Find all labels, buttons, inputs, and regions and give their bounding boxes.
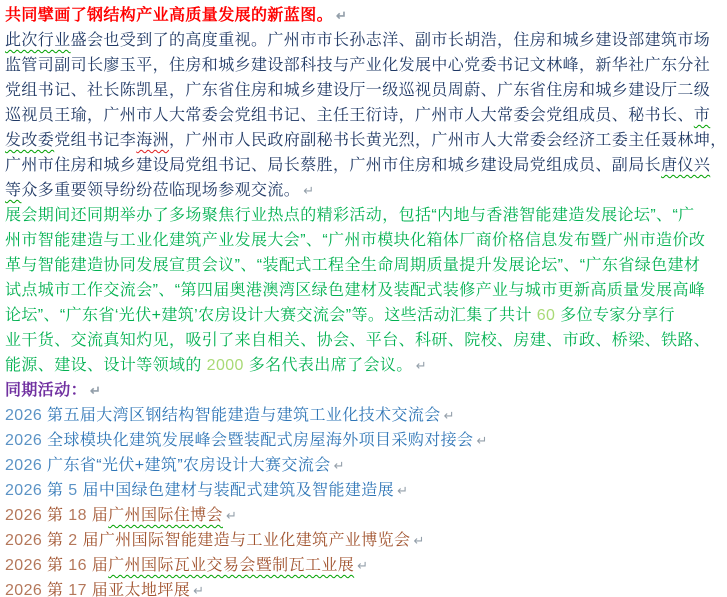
paragraph-activities-green: 展会期间还同期举办了多场聚焦行业热点的精彩活动，包括“内地与香港智能建造发展论坛… bbox=[5, 203, 723, 378]
text-line: 此次行业盛会也受到了的高度重视。广州市市长孙志洋、副市长胡浩，住房和城乡建设部建… bbox=[5, 28, 723, 53]
paragraph-mark-icon: ↵ bbox=[300, 183, 314, 198]
text-segment: 多位专家分享行 bbox=[555, 307, 675, 324]
number-segment: 16 bbox=[68, 557, 87, 574]
number-segment: 2026 bbox=[5, 457, 42, 474]
number-segment: 2026 bbox=[5, 407, 42, 424]
text-segment: 众多重要领导纷纷莅临现场参观交流。 bbox=[21, 182, 300, 199]
event-item-5: 2026 第 18 届广州国际住博会↵ bbox=[5, 503, 723, 528]
text-segment: 届亚太地坪展 bbox=[87, 582, 190, 597]
text-segment: 党组书记李 bbox=[54, 132, 136, 149]
number-segment: 2026 bbox=[5, 532, 42, 549]
text-line: 州市智能建造与工业化建筑产业发展大会”、“广州市模块化箱体厂商价格信息发布暨广州… bbox=[5, 228, 723, 253]
number-segment: 5 bbox=[68, 482, 77, 499]
paragraph-mark-icon: ↵ bbox=[354, 558, 368, 573]
event-item-7: 2026 第 16 届广州国际瓦业交易会暨制瓦工业展↵ bbox=[5, 553, 723, 578]
paragraph-mark-icon: ↵ bbox=[331, 458, 345, 473]
text-segment: 第五届大湾区钢结构智能建造与建筑工业化技术交流会 bbox=[42, 407, 440, 424]
text-segment: 届 bbox=[87, 557, 108, 574]
text-line: 监管司副司长廖玉平，住房和城乡建设部科技与产业化发展中心党委书记文林峰，新华社广… bbox=[5, 53, 723, 78]
text-line: 展会期间还同期举办了多场聚焦行业热点的精彩活动，包括“内地与香港智能建造发展论坛… bbox=[5, 203, 723, 228]
text-segment: 第 bbox=[42, 507, 68, 524]
text-line: 巡视员王瑜，广州市人大常委会党组书记、主任王衍诗，广州市人大常委会党组成员、秘书… bbox=[5, 103, 723, 128]
paragraph-mark-icon: ↵ bbox=[190, 583, 204, 597]
paragraph-mark-icon: ↵ bbox=[223, 508, 237, 523]
number-segment: 2000 bbox=[207, 357, 244, 374]
event-item-3: 2026 广东省“光伏+建筑”农房设计大赛交流会↵ bbox=[5, 453, 723, 478]
number-segment: 2026 bbox=[5, 557, 42, 574]
event-item-8: 2026 第 17 届亚太地坪展↵ bbox=[5, 578, 723, 597]
text-line: 党组书记、社长陈凯星，广东省住房和城乡建设厅一级巡视员周蔚、广东省住房和城乡建设… bbox=[5, 78, 723, 103]
document-body: 共同擘画了钢结构产业高质量发展的新蓝图。↵此次行业盛会也受到了的高度重视。广州市… bbox=[0, 0, 727, 597]
event-item-1: 2026 第五届大湾区钢结构智能建造与建筑工业化技术交流会↵ bbox=[5, 403, 723, 428]
paragraph-mark-icon: ↵ bbox=[473, 433, 487, 448]
text-segment: 全球模块化建筑发展峰会暨装配式房屋海外项目采购对接会 bbox=[42, 432, 473, 449]
text-segment: 盛会也受到了的高度重视。广州市市长孙志洋、副市长胡浩，住房和城乡建设部建筑市场 bbox=[71, 32, 711, 49]
text-line: 发改委党组书记李海洲，广州市人民政府副秘书长黄光烈，广州市人大常委会经济工委主任… bbox=[5, 128, 723, 153]
paragraph-mark-icon: ↵ bbox=[394, 483, 408, 498]
text-segment: 巡视员王瑜，广州市人大常委会党组书记、主任王衍诗，广州市人大常委会党组成员、秘书… bbox=[5, 107, 694, 124]
text-segment: 论坛”、“广东省‘光伏+建筑’农房设计大赛交流会”等。这些活动汇集了共计 bbox=[5, 307, 537, 324]
text-segment: 展会期间还同期举办了多场聚焦行业热点的精彩活动，包括“内地与香港智能建造发展论坛… bbox=[5, 207, 695, 224]
text-line: 2026 第 17 届亚太地坪展↵ bbox=[5, 578, 723, 597]
text-line: 论坛”、“广东省‘光伏+建筑’农房设计大赛交流会”等。这些活动汇集了共计 60 … bbox=[5, 303, 723, 328]
paragraph-leaders-navy: 此次行业盛会也受到了的高度重视。广州市市长孙志洋、副市长胡浩，住房和城乡建设部建… bbox=[5, 28, 723, 203]
text-line: 2026 广东省“光伏+建筑”农房设计大赛交流会↵ bbox=[5, 453, 723, 478]
text-line: 2026 第 18 届广州国际住博会↵ bbox=[5, 503, 723, 528]
text-segment: 党组书记、社长陈凯星，广东省住房和城乡建设厅一级巡视员周蔚、广东省住房和城乡建设… bbox=[5, 82, 710, 99]
number-segment: 2026 bbox=[5, 582, 42, 597]
text-segment: 革与智能建造协同发展宣贯会议”、“装配式工程全生命周期质量提升发展论坛”、“广东… bbox=[5, 257, 700, 274]
text-segment: 多名代表出席了会议。 bbox=[244, 357, 413, 374]
spellcheck-squiggle-segment: 唐仪兴 bbox=[661, 157, 710, 174]
number-segment: 60 bbox=[537, 307, 556, 324]
paragraph-mark-icon: ↵ bbox=[441, 408, 455, 423]
text-segment: ，广州市人民政府副秘书长黄光烈，广州市人大常委会经济工委主任聂林坤， bbox=[169, 132, 727, 149]
text-segment: 届广州国际智能建造与工业化建筑产业博览会 bbox=[78, 532, 411, 549]
text-segment: 第 bbox=[42, 532, 68, 549]
text-line: 2026 第 5 届中国绿色建材与装配式建筑及智能建造展↵ bbox=[5, 478, 723, 503]
text-segment: 第 bbox=[42, 482, 68, 499]
paragraph-mark-icon: ↵ bbox=[413, 358, 427, 373]
text-segment: 第 bbox=[42, 582, 68, 597]
text-segment: 第 bbox=[42, 557, 68, 574]
text-line: 共同擘画了钢结构产业高质量发展的新蓝图。↵ bbox=[5, 3, 723, 28]
text-line: 广州市住房和城乡建设局党组书记、局长蔡胜，广州市住房和城乡建设局党组成员、副局长… bbox=[5, 153, 723, 178]
spellcheck-squiggle-segment: 广州国际住博会 bbox=[108, 507, 223, 524]
text-line: 业干货、交流真知灼见，吸引了来自相关、协会、平台、科研、院校、房建、市政、桥梁、… bbox=[5, 328, 723, 353]
text-segment: 同期活动： bbox=[5, 382, 87, 399]
heading-concurrent-events: 同期活动：↵ bbox=[5, 378, 723, 403]
number-segment: 18 bbox=[68, 507, 87, 524]
text-segment: 监管司副司长廖玉平，住房和城乡建设部科技与产业化发展中心党委书记文林峰，新华社广… bbox=[5, 57, 710, 74]
text-segment: 届 bbox=[87, 507, 108, 524]
spellcheck-squiggle-segment: 广州国际瓦业交易会暨制瓦工业展 bbox=[108, 557, 354, 574]
paragraph-mark-icon: ↵ bbox=[333, 8, 347, 23]
text-line: 试点城市工作交流会”、“第四届奥港澳湾区绿色建材及装配式装修产业与城市更新高质量… bbox=[5, 278, 723, 303]
number-segment: 2026 bbox=[5, 432, 42, 449]
heading-red: 共同擘画了钢结构产业高质量发展的新蓝图。↵ bbox=[5, 3, 723, 28]
paragraph-mark-icon: ↵ bbox=[87, 383, 101, 398]
text-segment: 广州市住房和城乡建设局党组书记、局长蔡胜，广州市住房和城乡建设局党组成员、副局长 bbox=[5, 157, 661, 174]
number-segment: 2 bbox=[68, 532, 77, 549]
text-segment: 广东省“光伏+建筑”农房设计大赛交流会 bbox=[42, 457, 330, 474]
event-item-4: 2026 第 5 届中国绿色建材与装配式建筑及智能建造展↵ bbox=[5, 478, 723, 503]
number-segment: 17 bbox=[68, 582, 87, 597]
text-segment: 州市智能建造与工业化建筑产业发展大会”、“广州市模块化箱体厂商价格信息发布暨广州… bbox=[5, 232, 705, 249]
event-item-6: 2026 第 2 届广州国际智能建造与工业化建筑产业博览会↵ bbox=[5, 528, 723, 553]
number-segment: 2026 bbox=[5, 507, 42, 524]
text-segment: 届中国绿色建材与装配式建筑及智能建造展 bbox=[78, 482, 394, 499]
spellcheck-squiggle-segment: 海洲 bbox=[136, 132, 169, 149]
spellcheck-squiggle-segment: 市 bbox=[694, 107, 710, 124]
spellcheck-squiggle-segment: 等 bbox=[5, 182, 21, 199]
text-segment: 业干货、交流真知灼见，吸引了来自相关、协会、平台、科研、院校、房建、市政、桥梁、… bbox=[5, 332, 710, 349]
text-line: 2026 第 16 届广州国际瓦业交易会暨制瓦工业展↵ bbox=[5, 553, 723, 578]
paragraph-mark-icon: ↵ bbox=[410, 533, 424, 548]
number-segment: 2026 bbox=[5, 482, 42, 499]
text-line: 2026 全球模块化建筑发展峰会暨装配式房屋海外项目采购对接会↵ bbox=[5, 428, 723, 453]
text-segment: 试点城市工作交流会”、“第四届奥港澳湾区绿色建材及装配式装修产业与城市更新高质量… bbox=[5, 282, 705, 299]
spellcheck-squiggle-segment: 此次行业 bbox=[5, 32, 71, 49]
event-item-2: 2026 全球模块化建筑发展峰会暨装配式房屋海外项目采购对接会↵ bbox=[5, 428, 723, 453]
spellcheck-squiggle-segment: 发改委 bbox=[5, 132, 54, 149]
text-line: 同期活动：↵ bbox=[5, 378, 723, 403]
text-segment: 能源、建设、设计等领域的 bbox=[5, 357, 207, 374]
text-line: 2026 第 2 届广州国际智能建造与工业化建筑产业博览会↵ bbox=[5, 528, 723, 553]
text-line: 2026 第五届大湾区钢结构智能建造与建筑工业化技术交流会↵ bbox=[5, 403, 723, 428]
text-line: 能源、建设、设计等领域的 2000 多名代表出席了会议。↵ bbox=[5, 353, 723, 378]
text-line: 等众多重要领导纷纷莅临现场参观交流。↵ bbox=[5, 178, 723, 203]
text-line: 革与智能建造协同发展宣贯会议”、“装配式工程全生命周期质量提升发展论坛”、“广东… bbox=[5, 253, 723, 278]
text-segment: 共同擘画了钢结构产业高质量发展的新蓝图。 bbox=[5, 7, 333, 24]
